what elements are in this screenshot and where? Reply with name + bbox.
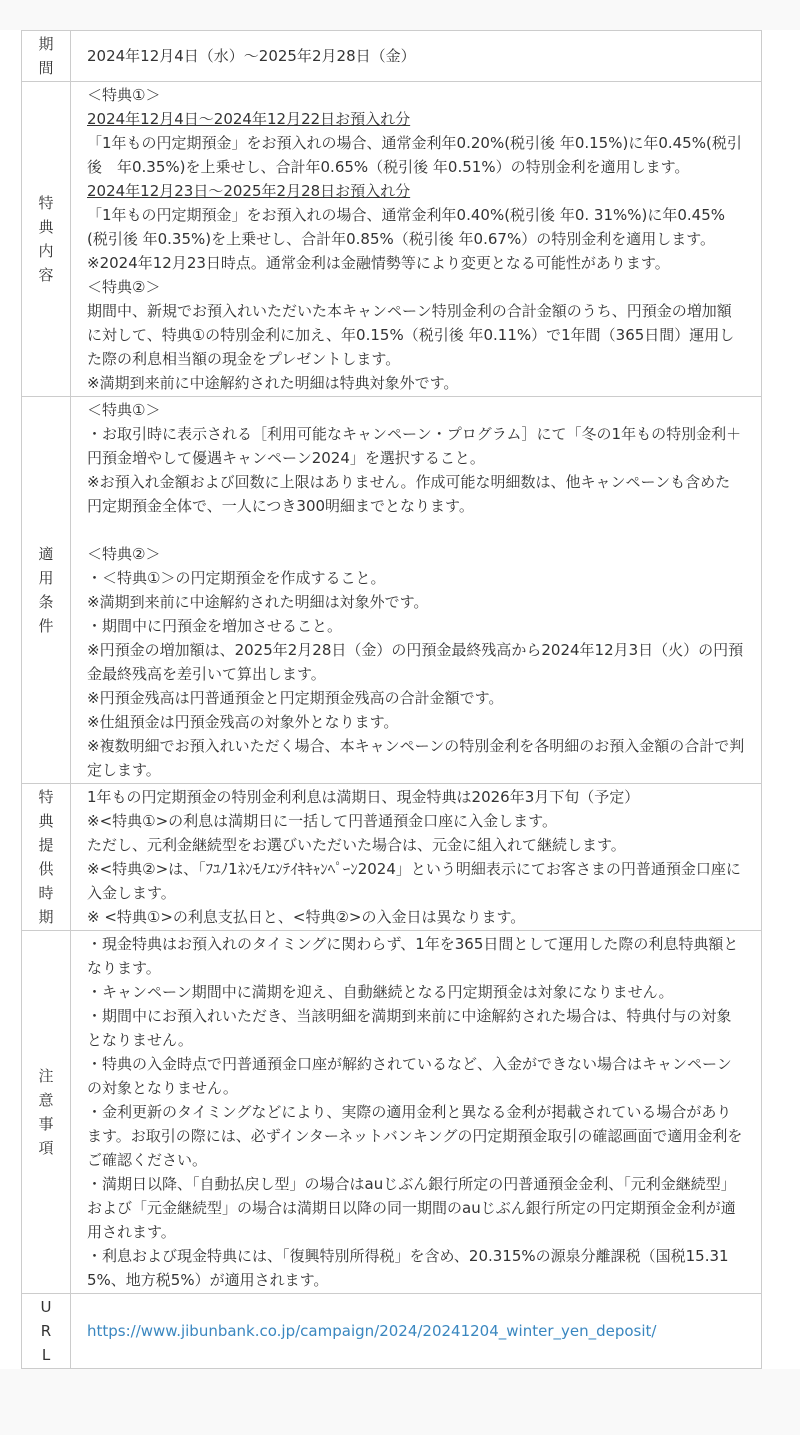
row-content-period: 2024年12月4日（水）〜2025年2月28日（金）: [71, 31, 762, 82]
content-line: ※満期到来前に中途解約された明細は特典対象外です。: [87, 371, 745, 395]
row-header-char: 典: [22, 215, 70, 239]
row-header-notes: 注意事項: [22, 931, 71, 1294]
content-line: ・お取引時に表示される［利用可能なキャンペーン・プログラム］にて「冬の1年もの特…: [87, 422, 745, 470]
row-header-char: 項: [22, 1136, 70, 1160]
content-line: ※ <特典①>の利息支払日と、<特典②>の入金日は異なります。: [87, 905, 745, 929]
row-content-eligibility-conditions: ＜特典①＞・お取引時に表示される［利用可能なキャンペーン・プログラム］にて「冬の…: [71, 397, 762, 784]
content-line: ・期間中に円預金を増加させること。: [87, 614, 745, 638]
row-header-char: 典: [22, 809, 70, 833]
row-header-char: 特: [22, 191, 70, 215]
row-header-char: 容: [22, 263, 70, 287]
table-row-url: URLhttps://www.jibunbank.co.jp/campaign/…: [22, 1294, 762, 1369]
content-line: ＜特典①＞: [87, 83, 745, 107]
row-header-char: 供: [22, 857, 70, 881]
row-header-benefit-details: 特典内容: [22, 82, 71, 397]
content-line: ・特典の入金時点で円普通預金口座が解約されているなど、入金ができない場合はキャン…: [87, 1052, 745, 1100]
row-header-char: 特: [22, 785, 70, 809]
content-line: ＜特典②＞: [87, 275, 745, 299]
content-line: ＜特典①＞: [87, 398, 745, 422]
content-line: [87, 518, 745, 542]
table-row-benefit-details: 特典内容＜特典①＞2024年12月4日〜2024年12月22日お預入れ分「1年も…: [22, 82, 762, 397]
table-row-notes: 注意事項・現金特典はお預入れのタイミングに関わらず、1年を365日間として運用し…: [22, 931, 762, 1294]
row-header-char: 間: [22, 56, 70, 80]
row-content-notes: ・現金特典はお預入れのタイミングに関わらず、1年を365日間として運用した際の利…: [71, 931, 762, 1294]
row-header-char: 注: [22, 1064, 70, 1088]
row-header-char: 時: [22, 881, 70, 905]
period-subheading: 2024年12月23日〜2025年2月28日お預入れ分: [87, 179, 745, 203]
content-line: ※<特典①>の利息は満期日に一括して円普通預金口座に入金します。: [87, 809, 745, 833]
campaign-details-table: 期間2024年12月4日（水）〜2025年2月28日（金）特典内容＜特典①＞20…: [21, 30, 762, 1369]
row-header-eligibility-conditions: 適用条件: [22, 397, 71, 784]
row-header-url: URL: [22, 1294, 71, 1369]
row-content-url: https://www.jibunbank.co.jp/campaign/202…: [71, 1294, 762, 1369]
table-row-period: 期間2024年12月4日（水）〜2025年2月28日（金）: [22, 31, 762, 82]
row-header-char: U: [22, 1295, 70, 1319]
table-row-eligibility-conditions: 適用条件＜特典①＞・お取引時に表示される［利用可能なキャンペーン・プログラム］に…: [22, 397, 762, 784]
row-header-char: L: [22, 1343, 70, 1367]
page-footer-background: [0, 1405, 800, 1435]
content-line: 期間中、新規でお預入れいただいた本キャンペーン特別金利の合計金額のうち、円預金の…: [87, 299, 745, 371]
row-header-char: 内: [22, 239, 70, 263]
content-line: ・満期日以降、「自動払戻し型」の場合はauじぶん銀行所定の円普通預金金利、「元利…: [87, 1172, 745, 1244]
content-line: ・キャンペーン期間中に満期を迎え、自動継続となる円定期預金は対象になりません。: [87, 980, 745, 1004]
content-line: ※<特典②>は、「ﾌﾕﾉ1ﾈﾝﾓﾉｴﾝﾃｲｷｷｬﾝﾍﾟｰﾝ2024」という明細表…: [87, 857, 745, 905]
row-header-char: 適: [22, 542, 70, 566]
content-line: ※満期到来前に中途解約された明細は対象外です。: [87, 590, 745, 614]
content-line: ・利息および現金特典には、「復興特別所得税」を含め、20.315%の源泉分離課税…: [87, 1244, 745, 1292]
row-header-char: 意: [22, 1088, 70, 1112]
content-line: 1年もの円定期預金の特別金利利息は満期日、現金特典は2026年3月下旬（予定）: [87, 785, 745, 809]
row-content-benefit-details: ＜特典①＞2024年12月4日〜2024年12月22日お預入れ分「1年もの円定期…: [71, 82, 762, 397]
content-line: 2024年12月4日（水）〜2025年2月28日（金）: [87, 44, 745, 68]
row-header-char: 提: [22, 833, 70, 857]
campaign-details-page: 期間2024年12月4日（水）〜2025年2月28日（金）特典内容＜特典①＞20…: [0, 30, 800, 1369]
period-subheading: 2024年12月4日〜2024年12月22日お預入れ分: [87, 107, 745, 131]
content-line: ・現金特典はお預入れのタイミングに関わらず、1年を365日間として運用した際の利…: [87, 932, 745, 980]
content-line: ・金利更新のタイミングなどにより、実際の適用金利と異なる金利が掲載されている場合…: [87, 1100, 745, 1172]
row-header-period: 期間: [22, 31, 71, 82]
content-line: ※お預入れ金額および回数に上限はありません。作成可能な明細数は、他キャンペーンも…: [87, 470, 745, 518]
content-line: ・期間中にお預入れいただき、当該明細を満期到来前に中途解約された場合は、特典付与…: [87, 1004, 745, 1052]
row-header-char: 期: [22, 905, 70, 929]
campaign-url-link[interactable]: https://www.jibunbank.co.jp/campaign/202…: [87, 1322, 656, 1340]
content-line: 「1年もの円定期預金」をお預入れの場合、通常金利年0.40%(税引後 年0. 3…: [87, 203, 745, 251]
row-header-char: 件: [22, 614, 70, 638]
content-line: ※仕組預金は円預金残高の対象外となります。: [87, 710, 745, 734]
row-header-char: R: [22, 1319, 70, 1343]
content-line: ※2024年12月23日時点。通常金利は金融情勢等により変更となる可能性がありま…: [87, 251, 745, 275]
row-header-char: 期: [22, 32, 70, 56]
content-line: ・＜特典①＞の円定期預金を作成すること。: [87, 566, 745, 590]
row-header-char: 条: [22, 590, 70, 614]
table-row-benefit-timing: 特典提供時期1年もの円定期預金の特別金利利息は満期日、現金特典は2026年3月下…: [22, 784, 762, 931]
content-line: ※円預金の増加額は、2025年2月28日（金）の円預金最終残高から2024年12…: [87, 638, 745, 686]
row-header-char: 用: [22, 566, 70, 590]
content-line: ※円預金残高は円普通預金と円定期預金残高の合計金額です。: [87, 686, 745, 710]
row-content-benefit-timing: 1年もの円定期預金の特別金利利息は満期日、現金特典は2026年3月下旬（予定）※…: [71, 784, 762, 931]
content-line: ただし、元利金継続型をお選びいただいた場合は、元金に組入れて継続します。: [87, 833, 745, 857]
row-header-benefit-timing: 特典提供時期: [22, 784, 71, 931]
content-line: 「1年もの円定期預金」をお預入れの場合、通常金利年0.20%(税引後 年0.15…: [87, 131, 745, 179]
content-line: ＜特典②＞: [87, 542, 745, 566]
row-header-char: 事: [22, 1112, 70, 1136]
content-line: ※複数明細でお預入れいただく場合、本キャンペーンの特別金利を各明細のお預入金額の…: [87, 734, 745, 782]
